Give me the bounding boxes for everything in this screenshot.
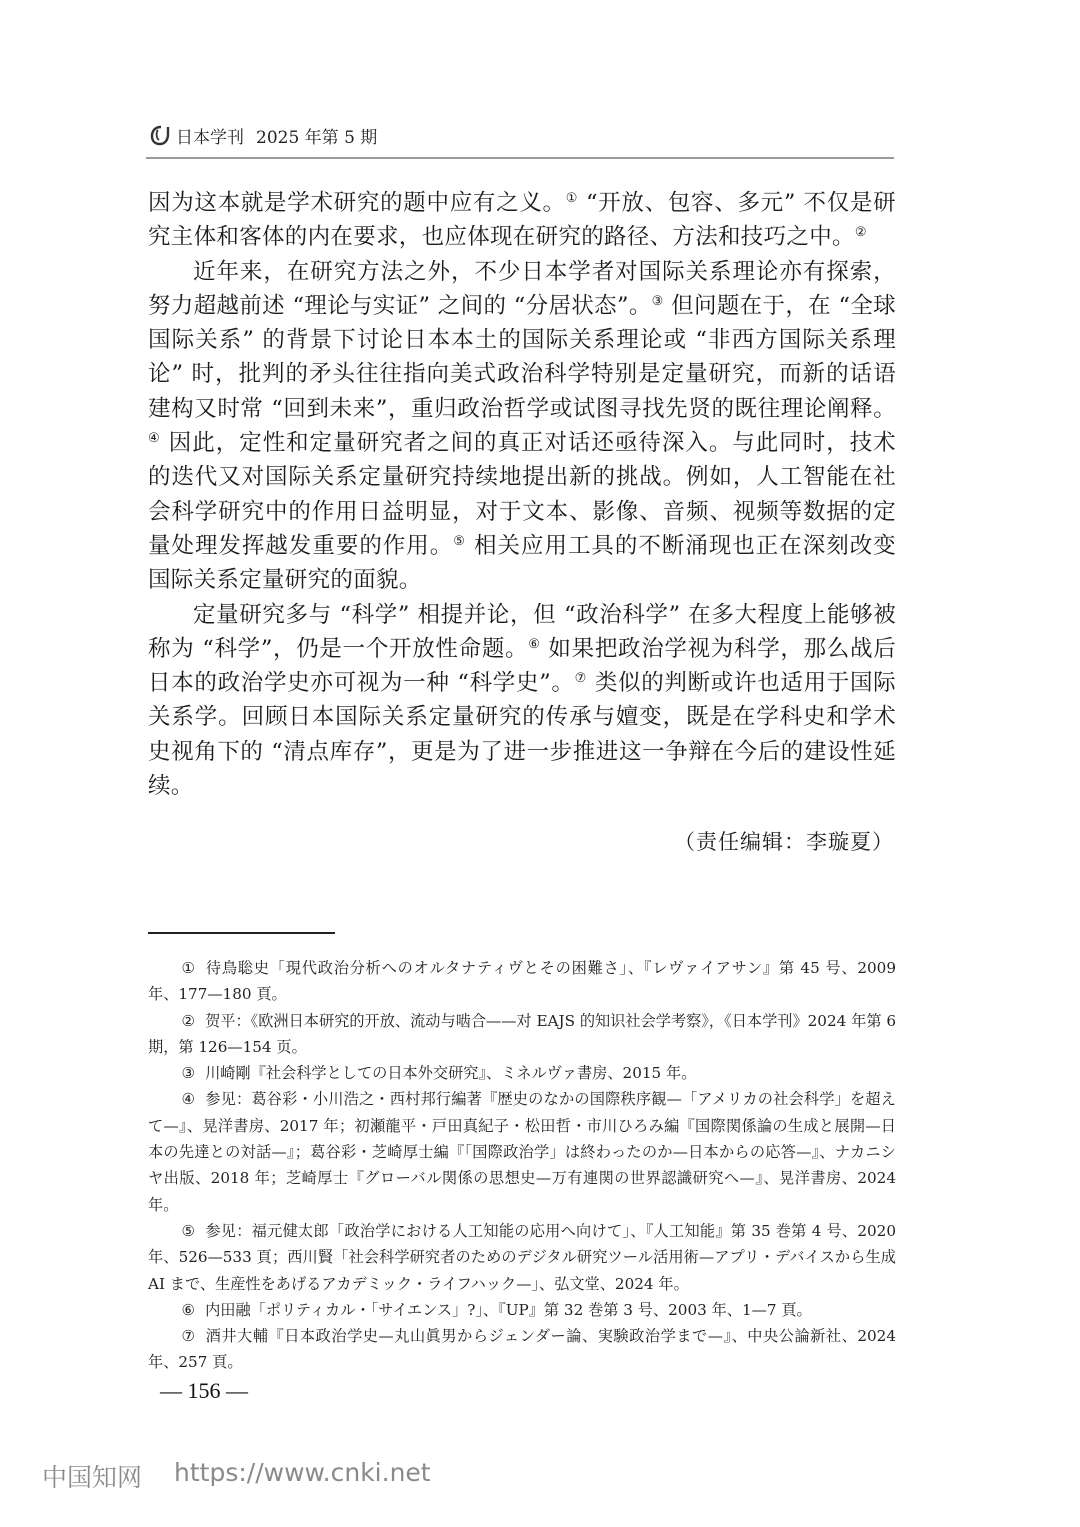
footnote-ref[interactable]: ④	[148, 431, 161, 446]
footnote-ref[interactable]: ⑦	[575, 671, 587, 686]
editor-note: （责任编辑：李璇夏）	[674, 826, 894, 856]
issue-label: 2025 年第 5 期	[256, 123, 377, 148]
footnote-text: 参见：葛谷彩・小川浩之・西村邦行編著『歴史のなかの国際秩序観—「アメリカの社会科…	[148, 1090, 896, 1213]
footnote-text: 内田融「ポリティカル・「サイエンス」?」、『UP』第 32 巻第 3 号、200…	[205, 1301, 812, 1319]
footnotes: ①待鳥聡史「現代政治分析へのオルタナティヴとその困難さ」、『レヴァイアサン』第 …	[148, 955, 896, 1376]
watermark-brand: 中国知网	[42, 1458, 142, 1494]
footnote-text: 川崎剛『社会科学としての日本外交研究』、ミネルヴァ書房、2015 年。	[205, 1064, 696, 1082]
footnote-number: ⑦	[181, 1327, 195, 1345]
paragraph: 定量研究多与 “科学” 相提并论，但 “政治科学” 在多大程度上能够被称为 “科…	[148, 598, 896, 804]
footnote-number: ②	[181, 1012, 195, 1030]
footnote-text: 待鳥聡史「現代政治分析へのオルタナティヴとその困難さ」、『レヴァイアサン』第 4…	[148, 959, 896, 1003]
footnote-ref[interactable]: ③	[652, 294, 664, 309]
footnote-number: ①	[181, 959, 195, 977]
footnote-text: 贺平：《欧洲日本研究的开放、流动与啮合——对 EAJS 的知识社会学考察》，《日…	[148, 1012, 896, 1056]
watermark: 中国知网 https://www.cnki.net	[42, 1458, 431, 1494]
footnote-item: ④参见：葛谷彩・小川浩之・西村邦行編著『歴史のなかの国際秩序観—「アメリカの社会…	[148, 1086, 896, 1217]
running-header: 日本学刊 2025 年第 5 期	[150, 120, 377, 150]
footnote-text: 酒井大輔『日本政治学史—丸山眞男からジェンダー論、実験政治学まで—』、中央公論新…	[148, 1327, 896, 1371]
footnote-text: 参见：福元健太郎「政治学における人工知能の応用へ向けて」、『人工知能』第 35 …	[148, 1222, 896, 1293]
footnote-item: ①待鳥聡史「現代政治分析へのオルタナティヴとその困難さ」、『レヴァイアサン』第 …	[148, 955, 896, 1008]
watermark-url[interactable]: https://www.cnki.net	[174, 1458, 431, 1494]
page-number: — 156 —	[160, 1378, 248, 1404]
footnote-ref[interactable]: ⑤	[453, 534, 466, 549]
footnote-number: ③	[181, 1064, 195, 1082]
footnote-item: ③川崎剛『社会科学としての日本外交研究』、ミネルヴァ書房、2015 年。	[148, 1060, 896, 1086]
footnote-item: ⑤参见：福元健太郎「政治学における人工知能の応用へ向けて」、『人工知能』第 35…	[148, 1218, 896, 1297]
footnote-number: ⑥	[181, 1301, 195, 1319]
footnote-number: ⑤	[181, 1222, 195, 1240]
journal-title: 日本学刊	[176, 123, 244, 148]
journal-logo-icon	[150, 124, 170, 146]
footnote-item: ②贺平：《欧洲日本研究的开放、流动与啮合——对 EAJS 的知识社会学考察》，《…	[148, 1008, 896, 1061]
paragraph: 因为这本就是学术研究的题中应有之义。① “开放、包容、多元” 不仅是研究主体和客…	[148, 186, 896, 255]
footnote-separator	[148, 932, 335, 934]
footnote-item: ⑥内田融「ポリティカル・「サイエンス」?」、『UP』第 32 巻第 3 号、20…	[148, 1297, 896, 1323]
paragraph: 近年来，在研究方法之外，不少日本学者对国际关系理论亦有探索，努力超越前述 “理论…	[148, 255, 896, 598]
footnote-item: ⑦酒井大輔『日本政治学史—丸山眞男からジェンダー論、実験政治学まで—』、中央公論…	[148, 1323, 896, 1376]
text-run: 因为这本就是学术研究的题中应有之义。	[148, 190, 566, 216]
footnote-ref[interactable]: ②	[855, 225, 867, 240]
footnote-ref[interactable]: ①	[566, 191, 578, 206]
header-rule	[146, 157, 894, 159]
footnote-ref[interactable]: ⑥	[528, 637, 540, 652]
footnote-number: ④	[181, 1090, 195, 1108]
main-body: 因为这本就是学术研究的题中应有之义。① “开放、包容、多元” 不仅是研究主体和客…	[148, 186, 896, 803]
